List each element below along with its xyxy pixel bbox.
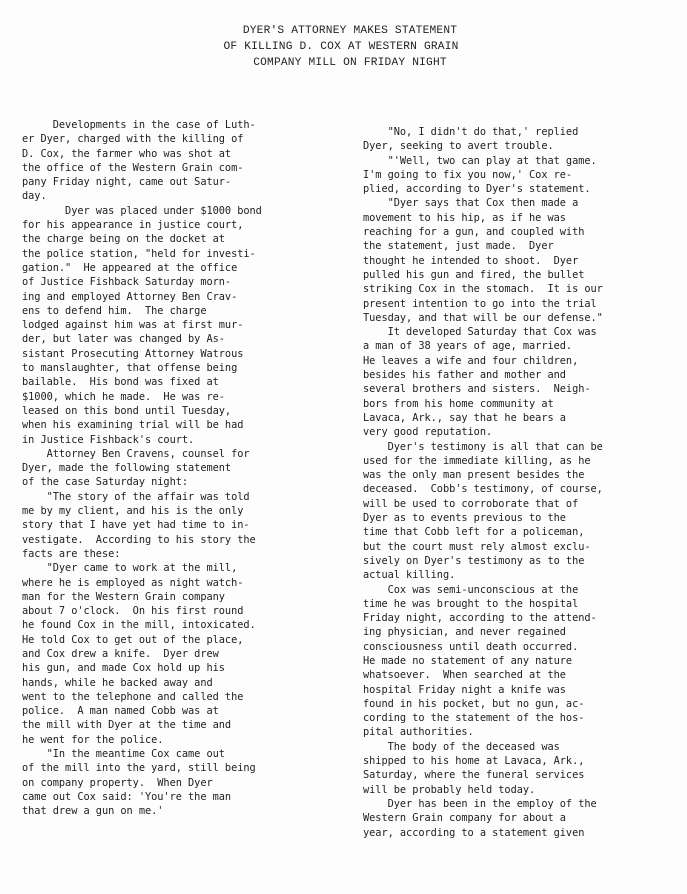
text-line: his gun, and made Cox hold up his: [22, 661, 342, 675]
text-line: that drew a gun on me.': [22, 804, 342, 818]
text-line: bailable. His bond was fixed at: [22, 375, 342, 389]
text-line: time that Cobb left for a policeman,: [363, 525, 685, 539]
text-line: shipped to his home at Lavaca, Ark.,: [363, 754, 685, 768]
text-line: pany Friday night, came out Satur-: [22, 175, 342, 189]
text-line: er Dyer, charged with the killing of: [22, 132, 342, 146]
text-line: Developments in the case of Luth-: [22, 118, 342, 132]
text-line: ens to defend him. The charge: [22, 304, 342, 318]
text-line: striking Cox in the stomach. It is our: [363, 282, 685, 296]
scanned-document-page: DYER'S ATTORNEY MAKES STATEMENT OF KILLI…: [0, 0, 687, 894]
text-line: The body of the deceased was: [363, 740, 685, 754]
text-line: Tuesday, and that will be our defense.": [363, 311, 685, 325]
text-line: about 7 o'clock. On his first round: [22, 604, 342, 618]
text-line: will be used to corroborate that of: [363, 497, 685, 511]
text-line: where he is employed as night watch-: [22, 576, 342, 590]
text-line: cording to the statement of the hos-: [363, 711, 685, 725]
text-line: a man of 38 years of age, married.: [363, 339, 685, 353]
text-line: sistant Prosecuting Attorney Watrous: [22, 347, 342, 361]
text-line: will be probably held today.: [363, 783, 685, 797]
text-line: consciousness until death occurred.: [363, 640, 685, 654]
text-line: the mill with Dyer at the time and: [22, 718, 342, 732]
text-line: the police station, "held for investi-: [22, 247, 342, 261]
text-line: der, but later was changed by As-: [22, 332, 342, 346]
text-line: Cox was semi-unconscious at the: [363, 583, 685, 597]
text-line: Dyer as to events previous to the: [363, 511, 685, 525]
text-line: vestigate. According to his story the: [22, 533, 342, 547]
text-line: bors from his home community at: [363, 397, 685, 411]
text-line: year, according to a statement given: [363, 826, 685, 840]
text-line: Dyer's testimony is all that can be: [363, 440, 685, 454]
text-line: on company property. When Dyer: [22, 776, 342, 790]
text-line: "'Well, two can play at that game.: [363, 154, 685, 168]
text-line: ing and employed Attorney Ben Crav-: [22, 290, 342, 304]
text-line: man for the Western Grain company: [22, 590, 342, 604]
text-line: whatsoever. When searched at the: [363, 668, 685, 682]
text-line: Lavaca, Ark., say that he bears a: [363, 411, 685, 425]
article-headline: DYER'S ATTORNEY MAKES STATEMENT OF KILLI…: [150, 23, 550, 71]
text-line: gation." He appeared at the office: [22, 261, 342, 275]
text-line: but the court must rely almost exclu-: [363, 540, 685, 554]
text-line: thought he intended to shoot. Dyer: [363, 254, 685, 268]
text-line: was the only man present besides the: [363, 468, 685, 482]
text-line: He made no statement of any nature: [363, 654, 685, 668]
text-line: He leaves a wife and four children,: [363, 354, 685, 368]
text-line: present intention to go into the trial: [363, 297, 685, 311]
text-line: Saturday, where the funeral services: [363, 768, 685, 782]
text-line: reaching for a gun, and coupled with: [363, 225, 685, 239]
text-line: ing physician, and never regained: [363, 625, 685, 639]
text-line: It developed Saturday that Cox was: [363, 325, 685, 339]
text-line: Dyer, seeking to avert trouble.: [363, 139, 685, 153]
text-line: D. Cox, the farmer who was shot at: [22, 147, 342, 161]
text-line: "The story of the affair was told: [22, 490, 342, 504]
text-line: when his examining trial will be had: [22, 418, 342, 432]
article-column-right: "No, I didn't do that,' repliedDyer, see…: [363, 125, 685, 840]
text-line: me by my client, and his is the only: [22, 504, 342, 518]
text-line: Dyer has been in the employ of the: [363, 797, 685, 811]
text-line: He told Cox to get out of the place,: [22, 633, 342, 647]
headline-line: COMPANY MILL ON FRIDAY NIGHT: [150, 55, 550, 71]
text-line: actual killing.: [363, 568, 685, 582]
text-line: "Dyer says that Cox then made a: [363, 196, 685, 210]
text-line: came out Cox said: 'You're the man: [22, 790, 342, 804]
text-line: the charge being on the docket at: [22, 232, 342, 246]
text-line: pulled his gun and fired, the bullet: [363, 268, 685, 282]
text-line: Friday night, according to the attend-: [363, 611, 685, 625]
text-line: Attorney Ben Cravens, counsel for: [22, 447, 342, 461]
text-line: of the case Saturday night:: [22, 475, 342, 489]
text-line: of the mill into the yard, still being: [22, 761, 342, 775]
text-line: very good reputation.: [363, 425, 685, 439]
text-line: "No, I didn't do that,' replied: [363, 125, 685, 139]
text-line: leased on this bond until Tuesday,: [22, 404, 342, 418]
text-line: went to the telephone and called the: [22, 690, 342, 704]
text-line: used for the immediate killing, as he: [363, 454, 685, 468]
text-line: he found Cox in the mill, intoxicated.: [22, 618, 342, 632]
text-line: facts are these:: [22, 547, 342, 561]
headline-line: DYER'S ATTORNEY MAKES STATEMENT: [150, 23, 550, 39]
text-line: movement to his hip, as if he was: [363, 211, 685, 225]
text-line: plied, according to Dyer's statement.: [363, 182, 685, 196]
text-line: sively on Dyer's testimony as to the: [363, 554, 685, 568]
text-line: Western Grain company for about a: [363, 811, 685, 825]
text-line: of Justice Fishback Saturday morn-: [22, 275, 342, 289]
text-line: and Cox drew a knife. Dyer drew: [22, 647, 342, 661]
text-line: hospital Friday night a knife was: [363, 683, 685, 697]
text-line: story that I have yet had time to in-: [22, 518, 342, 532]
text-line: pital authorities.: [363, 725, 685, 739]
text-line: Dyer, made the following statement: [22, 461, 342, 475]
text-line: I'm going to fix you now,' Cox re-: [363, 168, 685, 182]
text-line: police. A man named Cobb was at: [22, 704, 342, 718]
text-line: found in his pocket, but no gun, ac-: [363, 697, 685, 711]
text-line: the statement, just made. Dyer: [363, 239, 685, 253]
text-line: the office of the Western Grain com-: [22, 161, 342, 175]
text-line: $1000, which he made. He was re-: [22, 390, 342, 404]
text-line: deceased. Cobb's testimony, of course,: [363, 482, 685, 496]
text-line: several brothers and sisters. Neigh-: [363, 382, 685, 396]
text-line: to manslaughter, that offense being: [22, 361, 342, 375]
text-line: besides his father and mother and: [363, 368, 685, 382]
headline-line: OF KILLING D. COX AT WESTERN GRAIN: [132, 39, 550, 55]
text-line: in Justice Fishback's court.: [22, 433, 342, 447]
text-line: "Dyer came to work at the mill,: [22, 561, 342, 575]
text-line: Dyer was placed under $1000 bond: [22, 204, 342, 218]
text-line: he went for the police.: [22, 733, 342, 747]
article-column-left: Developments in the case of Luth-er Dyer…: [22, 118, 342, 819]
text-line: time he was brought to the hospital: [363, 597, 685, 611]
text-line: lodged against him was at first mur-: [22, 318, 342, 332]
text-line: hands, while he backed away and: [22, 676, 342, 690]
text-line: "In the meantime Cox came out: [22, 747, 342, 761]
text-line: day.: [22, 189, 342, 203]
text-line: for his appearance in justice court,: [22, 218, 342, 232]
